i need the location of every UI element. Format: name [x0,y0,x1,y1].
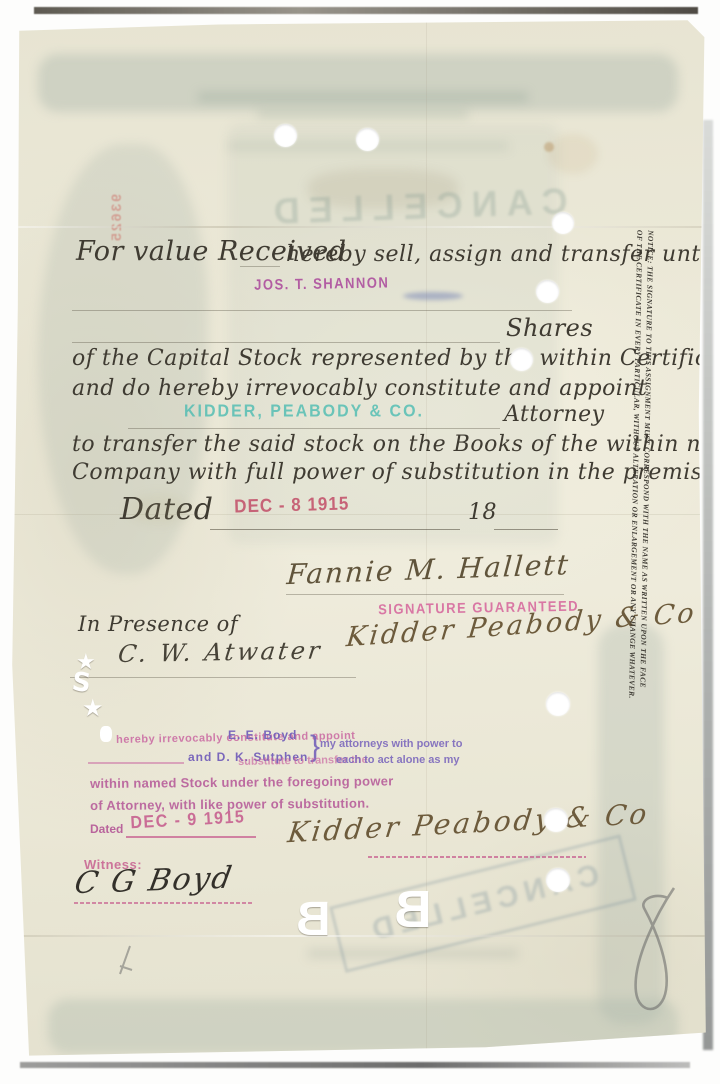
ghost-border-band-top [38,54,678,112]
pencil-loop-mark [604,880,704,1030]
crease-line [8,514,710,515]
shannon-stamp: JOS. T. SHANNON [254,274,389,294]
blank-line-short [240,266,280,267]
small-cutout [100,726,112,742]
paper-bottom-edge-shadow [20,1062,690,1068]
substitution-line3: within named Stock under the foregoing p… [90,773,394,791]
capital-stock-line2: and do hereby irrevocably constitute and… [72,376,647,401]
substitution-dated-rule [126,836,256,838]
substitution-right2: each to act alone as my [336,754,460,766]
ghost-text-lines-top [198,92,528,102]
year-prefix: 18 [468,500,497,525]
punch-hole [356,128,379,151]
b-cutout: B [394,880,432,940]
assignor-signature: Fannie M. Hallett [286,548,571,591]
age-stain [544,142,554,152]
crease-line [8,226,710,228]
punch-hole [546,692,570,716]
witness-rule [74,902,254,904]
substitution-right1: my attorneys with power to [320,738,462,750]
year-rule [494,529,558,530]
books-line2: Company with full power of substitution … [72,460,720,485]
dated-label: Dated [120,492,213,527]
paper-top-edge-shadow [34,7,698,14]
substitution-attorney-name1: E. E. Boyd [228,728,297,742]
punch-hole [546,868,570,892]
paper-right-edge-shadow [703,120,713,1050]
blank-line-full [72,310,572,311]
substitution-blank-rule [88,762,184,764]
b-cutout: B [296,892,331,947]
ink-smudge [403,292,463,300]
substitution-stamp-block: hereby irrevocably constitute and appoin… [88,732,508,872]
scanned-certificate-back: CANCELLED CANCELLED 93625 For value Rece… [0,0,720,1084]
ghost-handwriting-top [308,169,458,209]
signature-rule [286,594,564,595]
star-cutout: ★ [82,694,104,722]
in-presence-of-label: In Presence of [78,612,238,636]
books-line1: to transfer the said stock on the Books … [72,432,720,457]
age-stain [548,134,598,174]
dec8-1915-stamp: DEC - 8 1915 [234,493,350,518]
shares-label: Shares [506,314,593,342]
ghost-text-lines-top2 [258,110,468,118]
substitution-dated-label: Dated [90,822,123,836]
punch-hole [552,212,574,234]
witness-signature: C G Boyd [72,860,236,901]
substitution-firm-rule [368,856,586,858]
punch-hole [536,280,559,303]
attorney-label: Attorney [504,402,605,427]
punch-hole [274,124,297,147]
presence-rule [70,677,356,678]
pencil-tick-mark [112,944,142,978]
dated-rule [210,529,460,530]
presence-witness-signature: C. W. Atwater [117,636,325,668]
ghost-border-band-bottom [48,999,678,1054]
attorney-blank-line [128,428,500,429]
ghost-text-bottom [308,949,518,958]
certificate-paper: CANCELLED CANCELLED 93625 For value Rece… [8,14,710,1064]
punch-hole [510,348,533,371]
punch-hole [544,808,568,832]
blank-line-shares [72,342,500,343]
notice-vertical-text: NOTICE: THE SIGNATURE TO THIS ASSIGNMENT… [626,230,657,730]
kidder-peabody-stamp: KIDDER, PEABODY & CO. [184,402,424,422]
capital-stock-line1: of the Capital Stock represented by the … [72,346,720,371]
